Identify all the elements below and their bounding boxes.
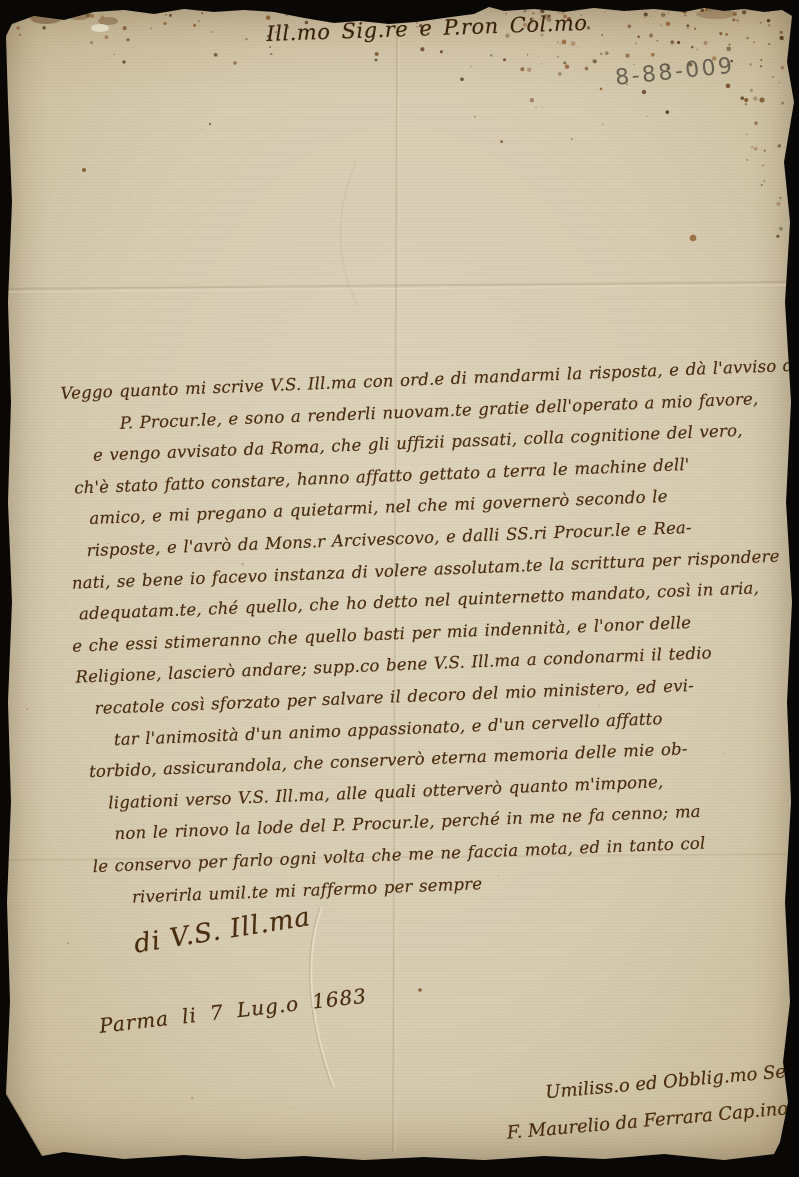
photograph-background: { "document": { "kind": "manuscript-lett… bbox=[0, 0, 799, 1177]
letter-paper-sheet: Ill.mo Sig.re e P.ron Col.mo 8-88-009 Ve… bbox=[4, 2, 796, 1164]
letter-body: Veggo quanto mi scrive V.S. Ill.ma con o… bbox=[60, 350, 799, 915]
dog-ear-corner bbox=[6, 1094, 42, 1156]
